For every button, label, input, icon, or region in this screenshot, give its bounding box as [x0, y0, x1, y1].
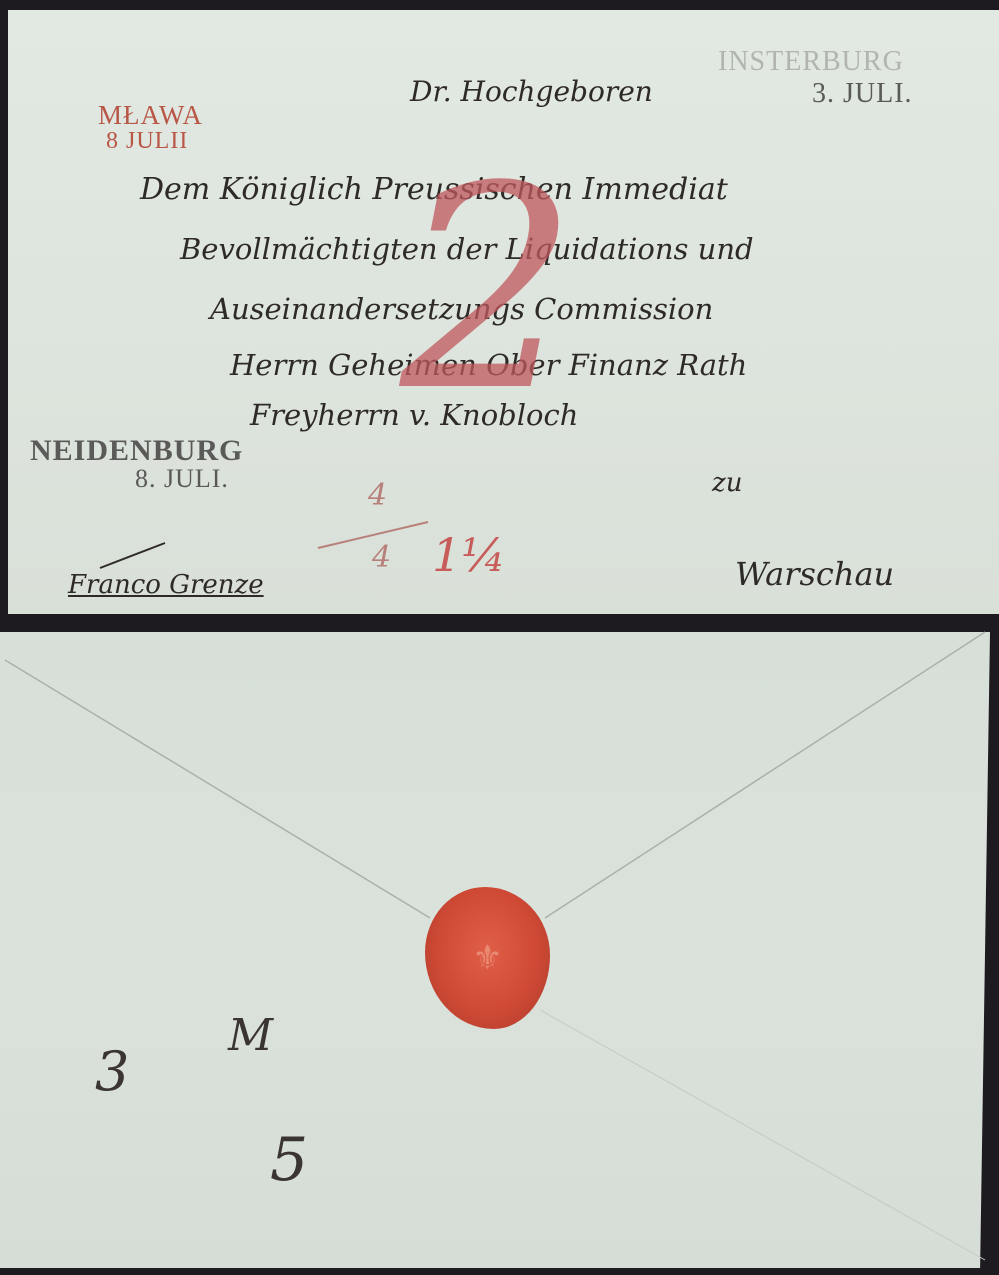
seal-crest-icon: ⚜: [472, 938, 502, 978]
back-note-3: 3: [95, 1040, 129, 1103]
back-note-5: 5: [270, 1125, 308, 1195]
back-note-m: M: [228, 1010, 273, 1061]
envelope-flap-folds: [0, 0, 999, 1275]
